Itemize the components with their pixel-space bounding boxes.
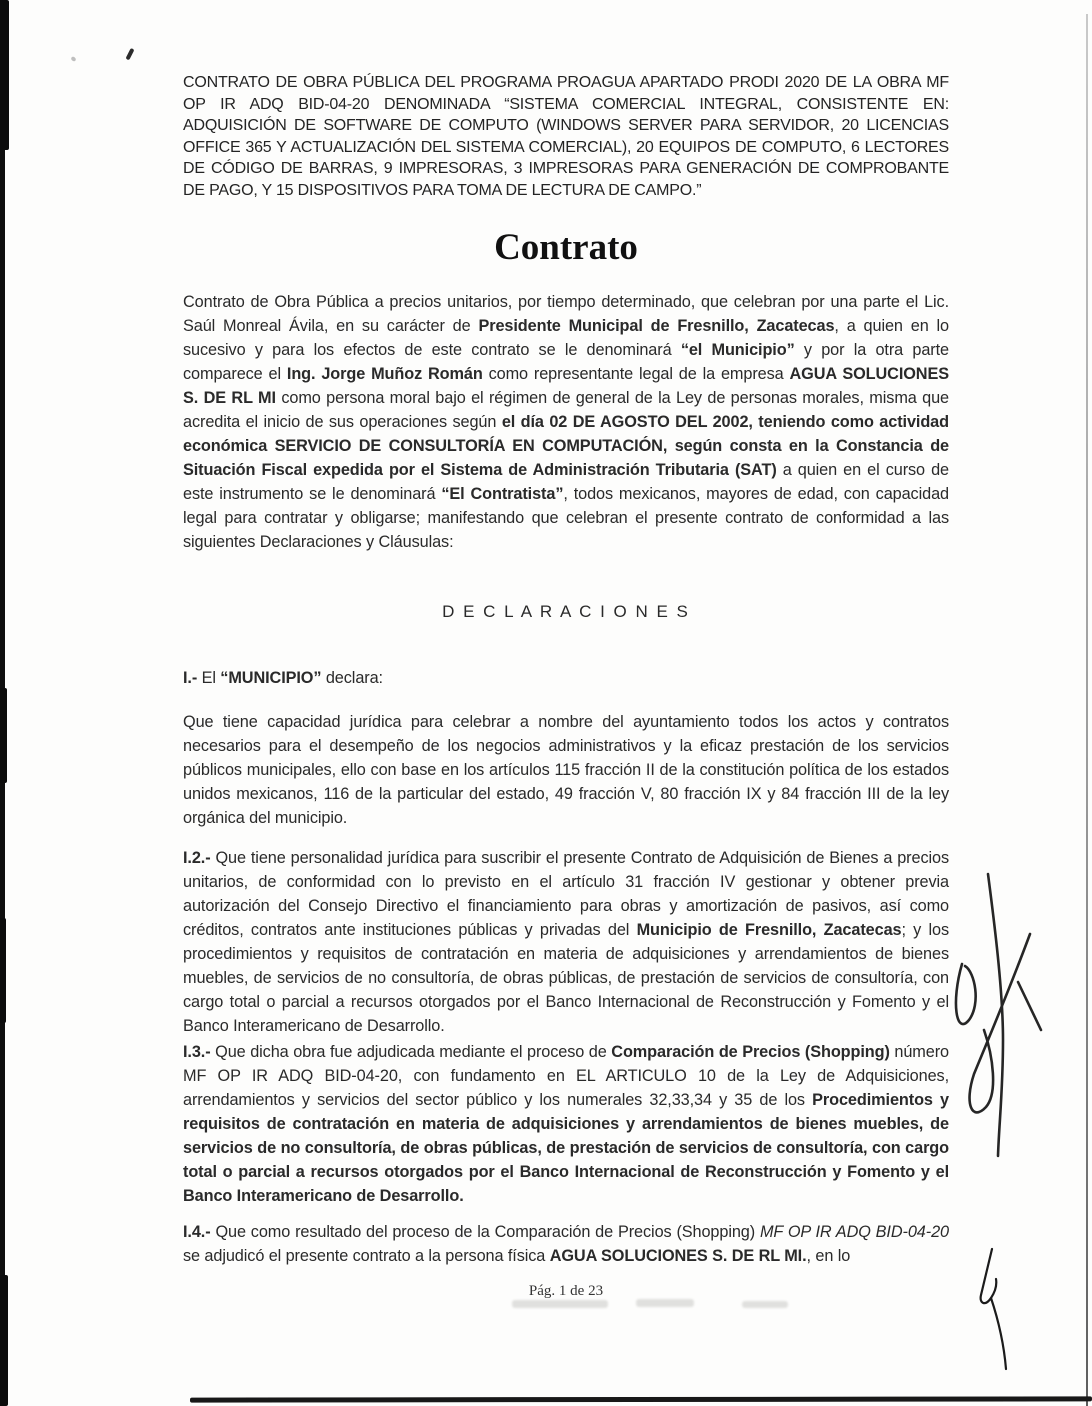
scan-edge-left-patch [0,1275,8,1406]
paragraph-i4: I.4.- Que como resultado del proceso de … [183,1220,949,1268]
scanned-contract-page: CONTRATO DE OBRA PÚBLICA DEL PROGRAMA PR… [0,0,1092,1406]
scan-smudge [742,1301,788,1308]
scan-edge-right-line [1086,14,1088,1406]
contract-header-paragraph: CONTRATO DE OBRA PÚBLICA DEL PROGRAMA PR… [183,72,949,201]
paragraph-i2: I.2.- Que tiene personalidad jurídica pa… [183,846,949,1038]
declaraciones-heading: D E C L A R A C I O N E S [183,602,949,622]
pen-stroke-mark [974,1241,1018,1377]
pen-tick-mark [125,48,134,60]
page-number-footer: Pág. 1 de 23 [183,1283,949,1300]
page-title: Contrato [183,226,949,270]
paragraph-capacidad-juridica: Que tiene capacidad jurídica para celebr… [183,710,949,830]
scan-edge-left-patch [0,688,7,783]
signature-scribble [938,858,1050,1170]
paragraph-i3: I.3.- Que dicha obra fue adjudicada medi… [183,1040,949,1208]
intro-paragraph: Contrato de Obra Pública a precios unita… [183,290,949,554]
scan-smudge [636,1299,694,1307]
scan-speck [70,56,76,62]
municipio-declara-line: I.- El “MUNICIPIO” declara: [183,666,949,690]
scan-edge-left-patch [0,918,6,1023]
scan-smudge [512,1300,608,1308]
scan-edge-left-patch [0,0,9,150]
scan-bottom-line [190,1396,1092,1402]
